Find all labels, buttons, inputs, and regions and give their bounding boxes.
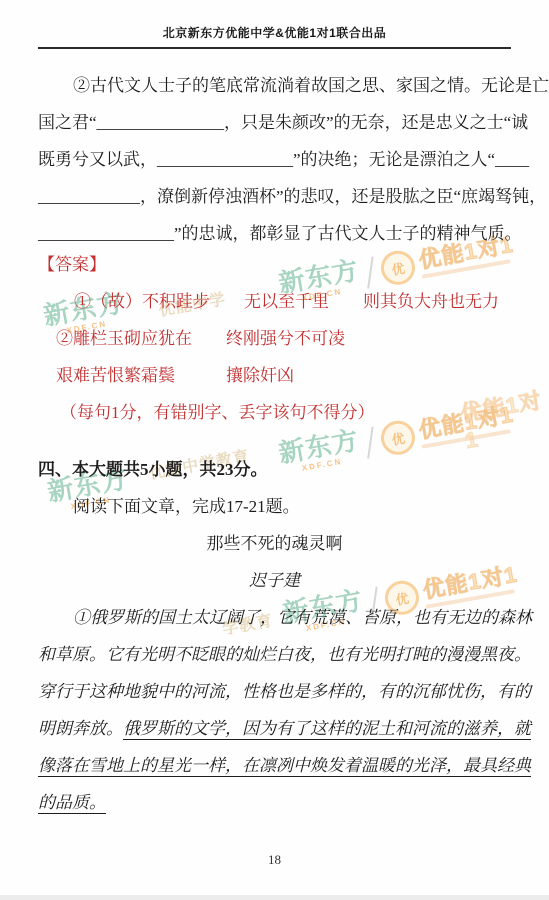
question-line: ②古代文人士子的笔底常流淌着故国之思、家国之情。无论是亡 xyxy=(38,67,511,104)
question-line: ____________，潦倒新停浊酒杯”的悲叹，还是股肱之臣“庶竭驽钝， xyxy=(38,178,511,215)
answer-line: ②雕栏玉砌应犹在 终刚强兮不可凌 xyxy=(38,320,511,357)
question-line: ________________”的忠诚，都彰显了古代文人士子的精神气质。 xyxy=(38,215,511,252)
answer-note: （每句1分，有错别字、丢字该句不得分） xyxy=(38,394,511,431)
section-heading: 四、本大题共5小题，共23分。 xyxy=(38,451,511,488)
passage-line: 穿行于这种地貌中的河流，性格也是多样的，有的沉郁忧伤，有的 xyxy=(38,673,511,710)
passage-line-mixed: 明朗奔放。俄罗斯的文学，因为有了这样的泥土和河流的滋养，就 xyxy=(38,710,511,747)
answer-line: ①（故）不积跬步 无以至千里 则其负大舟也无力 xyxy=(38,283,511,320)
answer-block: 【答案】 ①（故）不积跬步 无以至千里 则其负大舟也无力 ②雕栏玉砌应犹在 终刚… xyxy=(38,246,511,431)
page-bottom-edge xyxy=(0,895,549,900)
passage-plain-segment: 明朗奔放。 xyxy=(38,719,123,738)
passage-line: 和草原。它有光明不眨眼的灿烂白夜，也有光明打盹的漫漫黑夜。 xyxy=(38,636,511,673)
question-paragraph: ②古代文人士子的笔底常流淌着故国之思、家国之情。无论是亡 国之君“_______… xyxy=(38,67,511,252)
passage-line-underlined: 像落在雪地上的星光一样，在凛冽中焕发着温暖的光泽，最具经典 xyxy=(38,747,511,784)
exam-page: 新东方 XDF.CN 优 优能1对1 新东方 XDF.CN 优能中学 优能1对1… xyxy=(0,0,549,900)
page-number: 18 xyxy=(38,841,511,878)
passage-underlined-segment: 俄罗斯的文学，因为有了这样的泥土和河流的滋养，就 xyxy=(123,719,531,738)
answer-line: 艰难苦恨繁霜鬓 攘除奸凶 xyxy=(38,357,511,394)
passage-body: ①俄罗斯的国土太辽阔了，它有荒漠、苔原，也有无边的森林 和草原。它有光明不眨眼的… xyxy=(38,599,511,821)
passage-title: 那些不死的魂灵啊 xyxy=(38,525,511,562)
passage-line: ①俄罗斯的国土太辽阔了，它有荒漠、苔原，也有无边的森林 xyxy=(38,599,511,636)
question-line: 国之君“_______________，只是朱颜改”的无奈，还是忠义之士“诚 xyxy=(38,104,511,141)
page-header-title: 北京新东方优能中学&优能1对1联合出品 xyxy=(38,24,511,41)
header-divider xyxy=(38,47,511,49)
section-instruction: 阅读下面文章，完成17-21题。 xyxy=(38,488,511,525)
passage-line-underlined: 的品质。 xyxy=(38,784,511,821)
question-line: 既勇兮又以武，________________”的决绝；无论是漂泊之人“____ xyxy=(38,141,511,178)
passage-author: 迟子建 xyxy=(38,562,511,599)
page-content: ②古代文人士子的笔底常流淌着故国之思、家国之情。无论是亡 国之君“_______… xyxy=(38,67,511,878)
